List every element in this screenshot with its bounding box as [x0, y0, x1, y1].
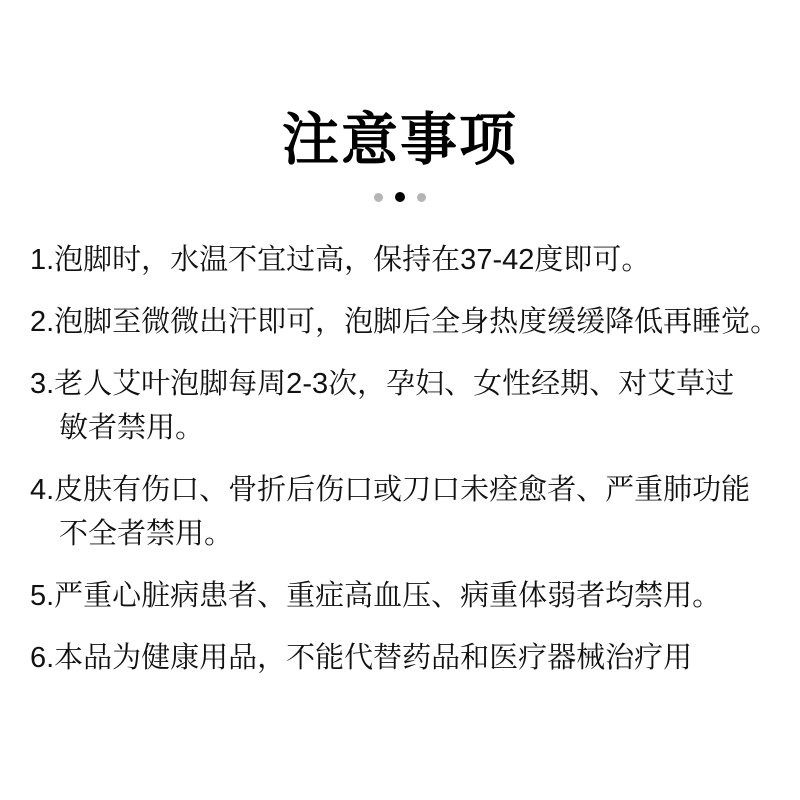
note-item-2: 2.泡脚至微微出汗即可，泡脚后全身热度缓缓降低再睡觉。	[30, 300, 785, 344]
note-item-5: 5.严重心脏病患者、重症高血压、病重体弱者均禁用。	[30, 574, 785, 618]
note-item-3: 3.老人艾叶泡脚每周2-3次，孕妇、女性经期、对艾草过 敏者禁用。	[30, 362, 785, 450]
page-title: 注意事项	[0, 0, 800, 170]
note-line: 2.泡脚至微微出汗即可，泡脚后全身热度缓缓降低再睡觉。	[30, 300, 785, 344]
note-line: 3.老人艾叶泡脚每周2-3次，孕妇、女性经期、对艾草过	[30, 362, 785, 406]
note-line: 1.泡脚时，水温不宜过高，保持在37-42度即可。	[30, 238, 785, 282]
note-line: 4.皮肤有伤口、骨折后伤口或刀口未痊愈者、严重肺功能	[30, 468, 785, 512]
note-line: 6.本品为健康用品，不能代替药品和医疗器械治疗用	[30, 636, 785, 680]
pagination-dot-inactive-left	[374, 193, 383, 202]
note-line-continuation: 不全者禁用。	[30, 512, 785, 556]
note-line-continuation: 敏者禁用。	[30, 406, 785, 450]
note-item-1: 1.泡脚时，水温不宜过高，保持在37-42度即可。	[30, 238, 785, 282]
pagination-dots	[0, 192, 800, 202]
notes-list: 1.泡脚时，水温不宜过高，保持在37-42度即可。 2.泡脚至微微出汗即可，泡脚…	[30, 238, 785, 680]
note-line: 5.严重心脏病患者、重症高血压、病重体弱者均禁用。	[30, 574, 785, 618]
note-item-4: 4.皮肤有伤口、骨折后伤口或刀口未痊愈者、严重肺功能 不全者禁用。	[30, 468, 785, 556]
note-item-6: 6.本品为健康用品，不能代替药品和医疗器械治疗用	[30, 636, 785, 680]
pagination-dot-active	[395, 192, 405, 202]
pagination-dot-inactive-right	[417, 193, 426, 202]
